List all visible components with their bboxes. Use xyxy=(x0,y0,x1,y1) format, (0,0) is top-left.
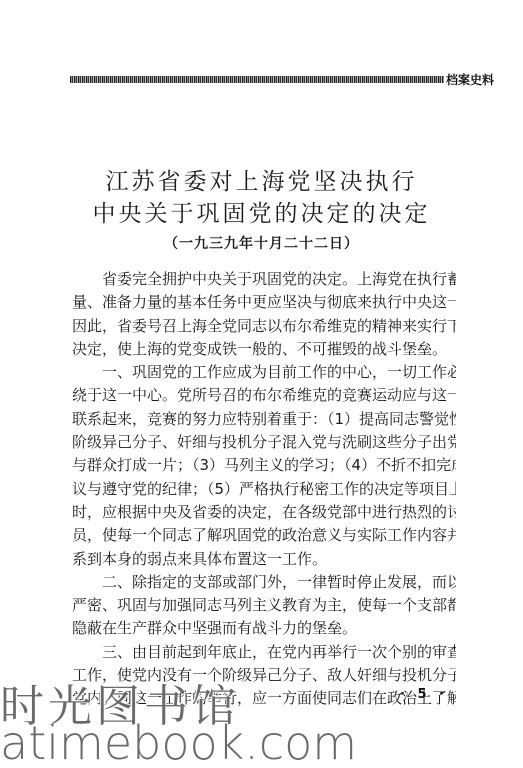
document-body: 省委完全拥护中央关于巩固党的决定。上海党在执行蓄积力 量、准备力量的基本任务中更… xyxy=(72,268,456,711)
text-line: 时，应根据中央及省委的决定，在各级党部中进行热烈的讨论与动 xyxy=(72,501,456,524)
paragraph-item-1: 一、巩固党的工作应成为目前工作的中心，一切工作必须围 绕于这一中心。党所号召的布… xyxy=(72,361,456,571)
text-line: 因此，省委号召上海全党同志以布尔希维克的精神来实行下列的 xyxy=(72,315,456,338)
text-line: 二、除指定的支部或部门外，一律暂时停止发展，而以整理、 xyxy=(72,571,456,594)
section-label: 档案史料 xyxy=(446,71,494,88)
text-line: 三、由目前起到年底止，在党内再举行一次个别的审查同志 xyxy=(72,641,456,664)
text-line: 隐蔽在生产群众中坚强而有战斗力的堡垒。 xyxy=(72,617,456,640)
text-line: 员，使每一个同志了解巩固党的政治意义与实际工作内容并能联 xyxy=(72,524,456,547)
document-title-line-1: 江苏省委对上海党坚决执行 xyxy=(0,163,523,196)
page-number: · 5 · xyxy=(400,687,448,702)
text-line: 议与遵守党的纪律；（5）严格执行秘密工作的决定等项目上。同 xyxy=(72,478,456,501)
paragraph-item-2: 二、除指定的支部或部门外，一律暂时停止发展，而以整理、 严密、巩固与加强同志马列… xyxy=(72,571,456,641)
text-line: 严密、巩固与加强同志马列主义教育为主，使每一个支部都能变成 xyxy=(72,594,456,617)
text-line: 量、准备力量的基本任务中更应坚决与彻底来执行中央这一指示。 xyxy=(72,291,456,314)
header-decorative-bar xyxy=(70,76,444,83)
text-line: 省委完全拥护中央关于巩固党的决定。上海党在执行蓄积力 xyxy=(72,268,456,291)
document-title-line-2: 中央关于巩固党的决定的决定 xyxy=(0,195,523,228)
text-line: 决定，使上海的党变成铁一般的、不可摧毁的战斗堡垒。 xyxy=(72,338,456,361)
text-line: 阶级异己分子、奸细与投机分子混入党与洗刷这些分子出党；（2） xyxy=(72,431,456,454)
document-date: （一九三九年十月二十二日） xyxy=(0,233,523,253)
text-line: 联系起来，竞赛的努力应特别着重于：（1）提高同志警觉性，防止 xyxy=(72,408,456,431)
text-line: 一、巩固党的工作应成为目前工作的中心，一切工作必须围 xyxy=(72,361,456,384)
text-line: 与群众打成一片；（3）马列主义的学习；（4）不折不扣完成党的决 xyxy=(72,454,456,477)
paragraph-intro: 省委完全拥护中央关于巩固党的决定。上海党在执行蓄积力 量、准备力量的基本任务中更… xyxy=(72,268,456,361)
text-line: 系到本身的弱点来具体布置这一工作。 xyxy=(72,548,456,571)
text-line: 绕于这一中心。党所号召的布尔希维克的竞赛运动应与这一工作 xyxy=(72,384,456,407)
watermark-url: atimebook.com xyxy=(0,716,357,768)
